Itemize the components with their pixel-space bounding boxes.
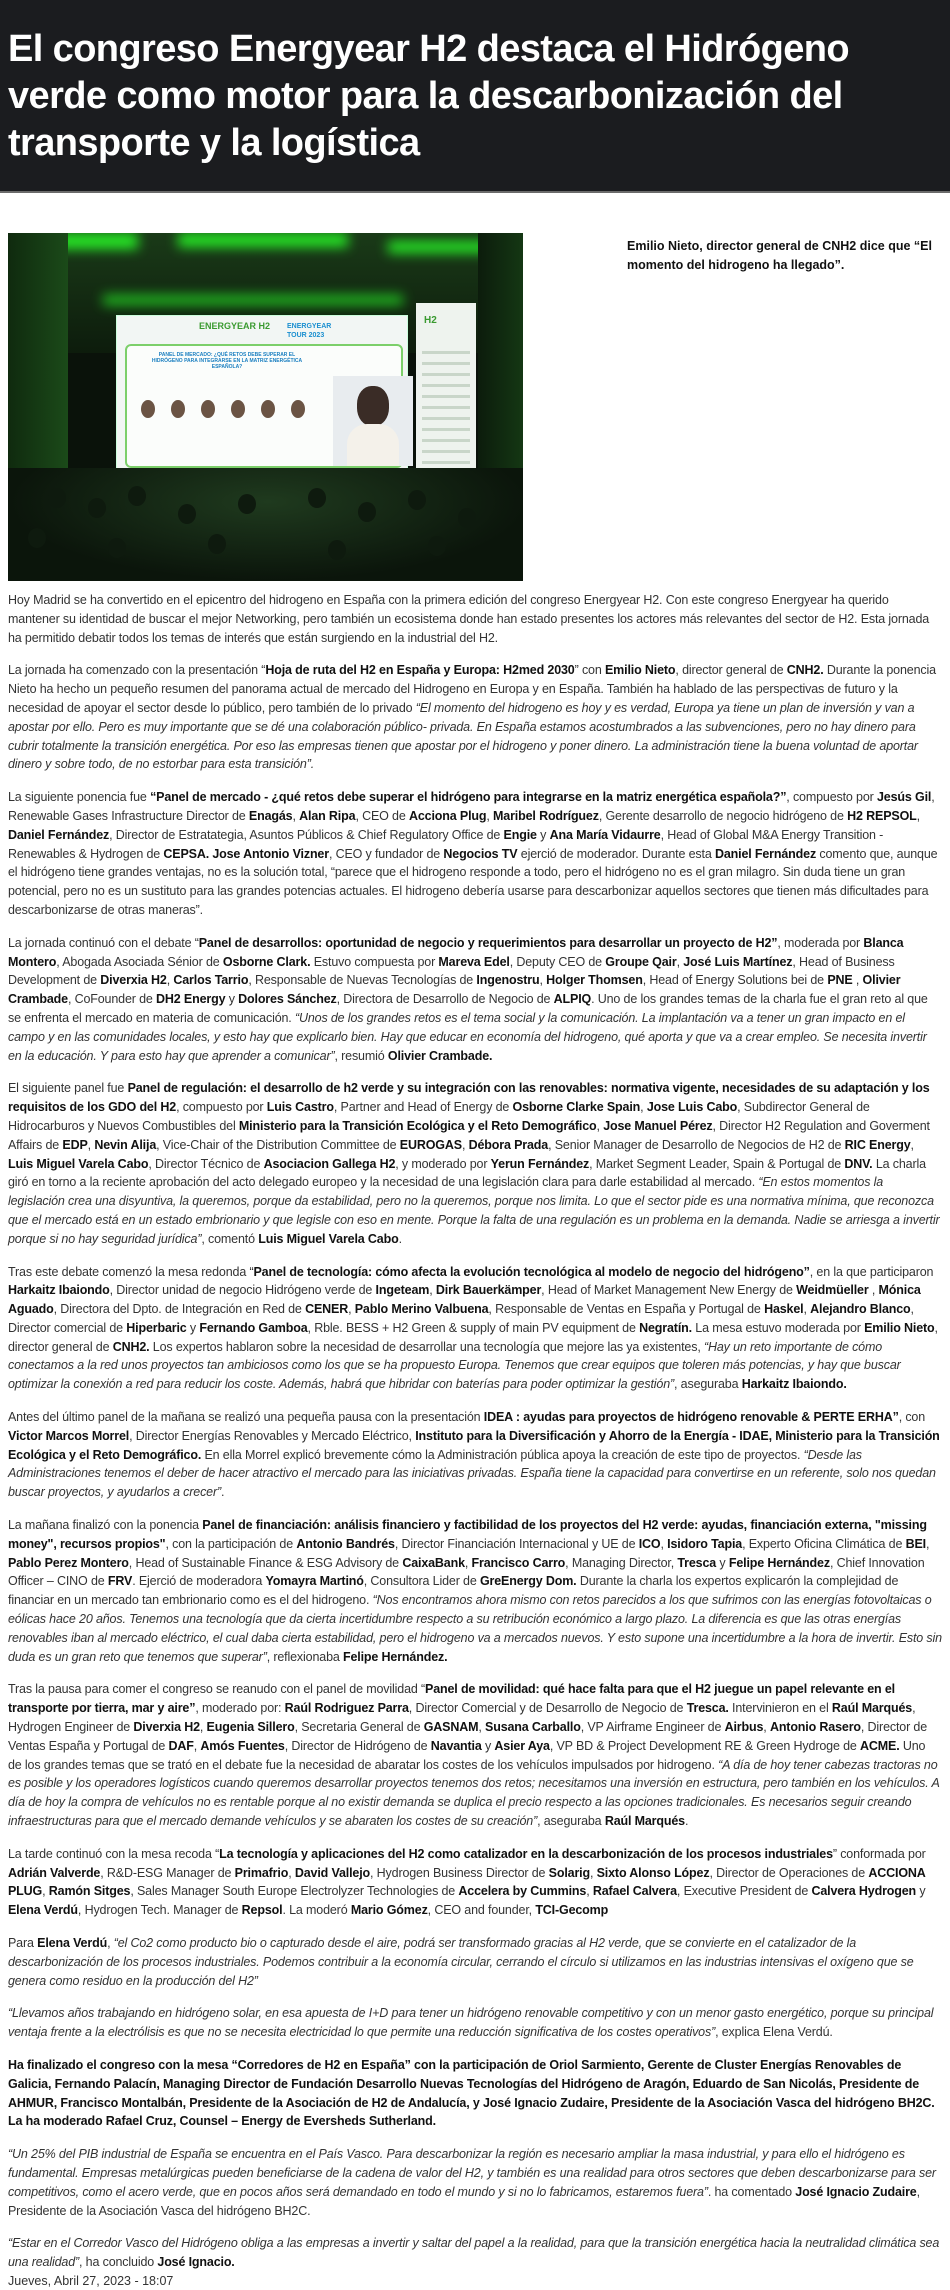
text-run: , Head of Market Management New Energy d… — [541, 1283, 796, 1297]
text-run: La siguiente ponencia fue — [8, 790, 150, 804]
text-run: , compuesto por — [176, 1100, 267, 1114]
text-run: , Director de Operaciones de — [709, 1866, 868, 1880]
bold-text: Haskel — [764, 1302, 803, 1316]
text-run: , — [640, 1100, 647, 1114]
bold-text: Emilio Nieto — [864, 1321, 934, 1335]
bold-text: Solarig — [549, 1866, 590, 1880]
text-run: , — [348, 1302, 355, 1316]
bold-text: José Ignacio Zudaire — [795, 2185, 916, 2199]
bold-text: CNH2. — [787, 663, 824, 677]
bold-text: Francisco Carro — [472, 1556, 566, 1570]
article-body: ENERGYEAR H2 ENERGYEAR TOUR 2023 PANEL D… — [0, 233, 950, 2290]
article-paragraph: “Estar en el Corredor Vasco del Hidrógen… — [8, 2234, 942, 2272]
article-header: El congreso Energyear H2 destaca el Hidr… — [0, 0, 950, 193]
bold-text: Susana Carballo — [485, 1720, 581, 1734]
text-run: , — [926, 1537, 929, 1551]
text-run: En ella Morrel explicó brevemente cómo l… — [201, 1448, 803, 1462]
text-run: , Director de Estratategia, Asuntos Públ… — [109, 828, 503, 842]
bold-text: IDEA : ayudas para proyectos de hidrógen… — [484, 1410, 899, 1424]
bold-text: ACME. — [860, 1739, 900, 1753]
text-run: y — [537, 828, 550, 842]
article-title: El congreso Energyear H2 destaca el Hidr… — [8, 26, 942, 167]
bold-text: Luis Castro — [267, 1100, 334, 1114]
speaker-face — [291, 400, 305, 418]
bold-text: CNH2. — [113, 1340, 150, 1354]
text-run: , Deputy CEO de — [510, 955, 606, 969]
text-run: Los expertos hablaron sobre la necesidad… — [149, 1340, 704, 1354]
text-run: , CEO y fundador de — [329, 847, 443, 861]
speaker-face — [261, 400, 275, 418]
bold-text: ALPIQ — [554, 992, 591, 1006]
text-run: y — [716, 1556, 729, 1570]
text-run: , Director Financiación Internacional y … — [395, 1537, 639, 1551]
bold-text: Pablo Merino Valbuena — [355, 1302, 489, 1316]
bold-text: Enagás — [249, 809, 293, 823]
article-paragraphs: Hoy Madrid se ha convertido en el epicen… — [8, 591, 942, 2272]
text-run: y — [225, 992, 238, 1006]
bold-text: Felipe Hernández. — [343, 1650, 447, 1664]
text-run: , — [917, 809, 920, 823]
bold-text: Hoja de ruta del H2 en España y Europa: … — [265, 663, 574, 677]
text-run: ” conformada por — [833, 1847, 926, 1861]
quote-text: “el Co2 como producto bio o capturado de… — [8, 1936, 914, 1988]
speaker-face — [201, 400, 215, 418]
bold-text: Nevin Alija — [94, 1138, 156, 1152]
article-paragraph: Hoy Madrid se ha convertido en el epicen… — [8, 591, 942, 647]
bold-text: Daniel Fernández — [715, 847, 816, 861]
text-run: ejerció de moderador. Durante esta — [517, 847, 715, 861]
bold-text: Weidmüeller — [796, 1283, 868, 1297]
text-run: , — [586, 1884, 593, 1898]
bold-text: Carlos Tarrio — [173, 973, 248, 987]
bold-text: Maribel Rodríguez — [493, 809, 599, 823]
bold-text: Raúl Marqués — [605, 1814, 685, 1828]
bold-text: Groupe Qair — [605, 955, 676, 969]
bold-text: Repsol — [242, 1903, 283, 1917]
text-run: , Director Técnico de — [148, 1157, 263, 1171]
bold-text: David Vallejo — [295, 1866, 370, 1880]
text-run: , Head of Sustainable Finance & ESG Advi… — [129, 1556, 403, 1570]
bold-text: EDP — [62, 1138, 87, 1152]
screen-logo-right: ENERGYEAR TOUR 2023 — [287, 322, 347, 340]
text-run: , resumió — [334, 1049, 387, 1063]
screen-panel: PANEL DE MERCADO: ¿QUÉ RETOS DEBE SUPERA… — [125, 344, 403, 468]
text-run: , Hydrogen Business Director de — [370, 1866, 549, 1880]
bold-text: Diverxia H2 — [100, 973, 166, 987]
bold-text: Ingeteam — [376, 1283, 430, 1297]
text-run: , — [462, 1138, 469, 1152]
text-run: Ha finalizado el congreso con la mesa “C… — [8, 2058, 935, 2128]
text-run: , R&D-ESG Manager de — [100, 1866, 234, 1880]
bold-text: Pablo Perez Montero — [8, 1556, 129, 1570]
publish-date: Jueves, Abril 27, 2023 - 18:07 — [8, 2272, 942, 2290]
article-paragraph: El siguiente panel fue Panel de regulaci… — [8, 1079, 942, 1248]
bold-text: DH2 Energy — [156, 992, 225, 1006]
bold-text: DAF — [169, 1739, 194, 1753]
text-run: . ha comentado — [708, 2185, 795, 2199]
bold-text: CEPSA. Jose Antonio Vizner — [163, 847, 329, 861]
text-run: . — [399, 1232, 402, 1246]
text-run: , Secretaria General de — [295, 1720, 424, 1734]
text-run: La jornada continuó con el debate “ — [8, 936, 199, 950]
bold-text: Osborne Clarke Spain — [513, 1100, 641, 1114]
bold-text: Negocios TV — [443, 847, 517, 861]
text-run: y — [916, 1884, 925, 1898]
text-run: , Sales Manager South Europe Electrolyze… — [130, 1884, 458, 1898]
text-run: Hoy Madrid se ha convertido en el epicen… — [8, 593, 929, 645]
bold-text: Jose Luis Cabo — [647, 1100, 737, 1114]
text-run: , Director unidad de negocio Hidrógeno v… — [110, 1283, 376, 1297]
text-run: , Director Energías Renovables y Mercado… — [129, 1429, 415, 1443]
photo-audience — [8, 468, 523, 581]
article-paragraph: La tarde continuó con la mesa recoda “La… — [8, 1845, 942, 1920]
speaker-face — [141, 400, 155, 418]
text-run: , con la participación de — [165, 1537, 296, 1551]
bold-text: Emilio Nieto — [605, 663, 675, 677]
photo-glow — [103, 295, 403, 305]
bold-text: Calvera Hydrogen — [811, 1884, 916, 1898]
bold-text: Alejandro Blanco — [810, 1302, 910, 1316]
photo-caption: Emilio Nieto, director general de CNH2 d… — [627, 237, 942, 581]
bold-text: Negratín. — [639, 1321, 692, 1335]
bold-text: Hiperbaric — [126, 1321, 186, 1335]
article-paragraph: Antes del último panel de la mañana se r… — [8, 1408, 942, 1502]
text-run: La tarde continuó con la mesa recoda “ — [8, 1847, 219, 1861]
text-run: , Director de Hidrógeno de — [285, 1739, 431, 1753]
bold-text: “Panel de mercado - ¿qué retos debe supe… — [150, 790, 786, 804]
bold-text: Débora Prada — [469, 1138, 548, 1152]
bold-text: Navantia — [431, 1739, 482, 1753]
text-run: , aseguraba — [537, 1814, 605, 1828]
figure-row: ENERGYEAR H2 ENERGYEAR TOUR 2023 PANEL D… — [8, 233, 942, 581]
text-run: , en la que participaron — [810, 1265, 934, 1279]
bold-text: CENER — [305, 1302, 348, 1316]
text-run: , — [763, 1720, 770, 1734]
text-run: , y moderado por — [395, 1157, 490, 1171]
text-run: . La moderó — [282, 1903, 350, 1917]
text-run: , CEO de — [355, 809, 409, 823]
bold-text: FRV — [108, 1574, 132, 1588]
text-run: , Hydrogen Tech. Manager de — [78, 1903, 242, 1917]
text-run: , Executive President de — [677, 1884, 812, 1898]
bold-text: La tecnología y aplicaciones del H2 como… — [219, 1847, 833, 1861]
article-paragraph: La siguiente ponencia fue “Panel de merc… — [8, 788, 942, 920]
text-run: La mañana finalizó con la ponencia — [8, 1518, 202, 1532]
bold-text: ICO — [639, 1537, 661, 1551]
text-run: El siguiente panel fue — [8, 1081, 128, 1095]
bold-text: Panel de desarrollos: oportunidad de neg… — [199, 936, 778, 950]
text-run: , Head of Energy Solutions bei de — [643, 973, 828, 987]
speaker-closeup — [333, 376, 413, 466]
text-run: , — [465, 1556, 472, 1570]
text-run: , compuesto por — [786, 790, 877, 804]
article-paragraph: Ha finalizado el congreso con la mesa “C… — [8, 2056, 942, 2131]
bold-text: Fernando Gamboa — [199, 1321, 307, 1335]
text-run: y — [187, 1321, 200, 1335]
text-run: . — [221, 1485, 224, 1499]
text-run: , con — [899, 1410, 925, 1424]
text-run: Tras este debate comenzó la mesa redonda… — [8, 1265, 253, 1279]
speaker-face — [171, 400, 185, 418]
article-paragraph: Tras la pausa para comer el congreso se … — [8, 1680, 942, 1830]
bold-text: Mario Gómez — [351, 1903, 428, 1917]
bold-text: Alan Ripa — [299, 809, 355, 823]
text-run: , Responsable de Ventas en España y Port… — [488, 1302, 764, 1316]
bold-text: Ingenostru — [476, 973, 539, 987]
text-run: , Experto Oficina Climática de — [742, 1537, 905, 1551]
text-run: , director general de — [675, 663, 786, 677]
text-run: La mesa estuvo moderada por — [692, 1321, 864, 1335]
bold-text: Engie — [504, 828, 537, 842]
bold-text: José Ignacio. — [157, 2255, 234, 2269]
bold-text: Harkaitz Ibaiondo — [8, 1283, 110, 1297]
bold-text: Osborne Clark. — [223, 955, 311, 969]
text-run: , aseguraba — [674, 1377, 742, 1391]
bold-text: Raúl Rodriguez Parra — [285, 1701, 409, 1715]
bold-text: José Luis Martínez — [683, 955, 792, 969]
text-run: , — [853, 973, 863, 987]
text-run: , Market Segment Leader, Spain & Portuga… — [589, 1157, 844, 1171]
bold-text: GASNAM — [424, 1720, 479, 1734]
bold-text: Rafael Calvera — [593, 1884, 677, 1898]
text-run: , VP Airframe Engineer de — [581, 1720, 725, 1734]
bold-text: Raúl Marqués — [832, 1701, 912, 1715]
text-run: , Directora del Dpto. de Integración en … — [54, 1302, 305, 1316]
text-run: y — [482, 1739, 495, 1753]
bold-text: Asier Aya — [494, 1739, 549, 1753]
bold-text: Victor Marcos Morrel — [8, 1429, 129, 1443]
text-run: , Responsable de Nuevas Tecnologías de — [248, 973, 476, 987]
article-paragraph: La jornada ha comenzado con la presentac… — [8, 661, 942, 774]
text-run: , Abogada Asociada Sénior de — [56, 955, 223, 969]
text-run: , — [429, 1283, 436, 1297]
article-paragraph: “Un 25% del PIB industrial de España se … — [8, 2145, 942, 2220]
bold-text: Dolores Sánchez — [238, 992, 336, 1006]
text-run: , CoFounder de — [68, 992, 156, 1006]
bold-text: PNE — [827, 973, 852, 987]
text-run: Tras la pausa para comer el congreso se … — [8, 1682, 425, 1696]
bold-text: Dirk Bauerkämper — [436, 1283, 541, 1297]
text-run: , — [869, 1283, 879, 1297]
text-run: , Senior Manager de Desarrollo de Negoci… — [548, 1138, 845, 1152]
article-paragraph: La jornada continuó con el debate “Panel… — [8, 934, 942, 1066]
text-run: Estuvo compuesta por — [310, 955, 438, 969]
bold-text: EUROGAS — [400, 1138, 462, 1152]
text-run: , Vice-Chair of the Distribution Committ… — [156, 1138, 400, 1152]
text-run: , reflexionaba — [267, 1650, 343, 1664]
bold-text: GreEnergy Dom. — [480, 1574, 577, 1588]
bold-text: Yomayra Martinó — [266, 1574, 364, 1588]
text-run: , CEO and founder, — [428, 1903, 536, 1917]
text-run: , — [288, 1866, 295, 1880]
text-run: Intervinieron en el — [729, 1701, 832, 1715]
text-run: Para — [8, 1936, 37, 1950]
text-run: , comentó — [201, 1232, 258, 1246]
bold-text: Amós Fuentes — [200, 1739, 284, 1753]
bold-text: BEI — [906, 1537, 926, 1551]
bold-text: Daniel Fernández — [8, 828, 109, 842]
bold-text: Mareva Edel — [438, 955, 509, 969]
bold-text: Acciona Plug — [409, 809, 486, 823]
photo-stage-screen: ENERGYEAR H2 ENERGYEAR TOUR 2023 PANEL D… — [116, 315, 408, 485]
screen-logo-left: ENERGYEAR H2 — [199, 322, 270, 331]
bold-text: H2 REPSOL — [847, 809, 917, 823]
bold-text: Elena Verdú — [8, 1903, 78, 1917]
speaker-face — [231, 400, 245, 418]
text-run: . Ejerció de moderadora — [132, 1574, 265, 1588]
text-run: La jornada ha comenzado con la presentac… — [8, 663, 265, 677]
text-run: , — [107, 1936, 114, 1950]
bold-text: Diverxia H2 — [133, 1720, 199, 1734]
bold-text: Holger Thomsen — [546, 973, 643, 987]
bold-text: Luis Miguel Varela Cabo — [8, 1157, 148, 1171]
bold-text: Ministerio para la Transición Ecológica … — [239, 1119, 597, 1133]
text-run: , Managing Director, — [565, 1556, 677, 1570]
text-run: , Gerente desarrollo de negocio hidrógen… — [599, 809, 847, 823]
bold-text: CaixaBank — [402, 1556, 465, 1570]
text-run: ” con — [575, 663, 605, 677]
bold-text: Panel de tecnología: cómo afecta la evol… — [253, 1265, 809, 1279]
screen-panel-title: PANEL DE MERCADO: ¿QUÉ RETOS DEBE SUPERA… — [147, 352, 307, 370]
bold-text: Felipe Hernández — [729, 1556, 830, 1570]
bold-text: Tresca. — [687, 1701, 729, 1715]
text-run: , explica Elena Verdú. — [715, 2025, 833, 2039]
bold-text: Antonio Rasero — [770, 1720, 861, 1734]
text-run: , Rble. BESS + H2 Green & supply of main… — [308, 1321, 640, 1335]
article-photo: ENERGYEAR H2 ENERGYEAR TOUR 2023 PANEL D… — [8, 233, 523, 581]
article-paragraph: Tras este debate comenzó la mesa redonda… — [8, 1263, 942, 1395]
bold-text: Sixto Alonso López — [597, 1866, 710, 1880]
bold-text: Asociacion Gallega H2 — [264, 1157, 396, 1171]
bold-text: Tresca — [677, 1556, 716, 1570]
text-run: , moderada por — [777, 936, 863, 950]
bold-text: Airbus — [725, 1720, 764, 1734]
text-run: . — [685, 1814, 688, 1828]
bold-text: Antonio Bandrés — [296, 1537, 394, 1551]
bold-text: Elena Verdú — [37, 1936, 107, 1950]
text-run: , — [911, 1138, 914, 1152]
bold-text: Jesús Gil — [877, 790, 931, 804]
bold-text: Ana María Vidaurre — [550, 828, 661, 842]
text-run: , Consultora Lider de — [364, 1574, 480, 1588]
article-paragraph: “Llevamos años trabajando en hidrógeno s… — [8, 2004, 942, 2042]
text-run: , — [200, 1720, 207, 1734]
bold-text: Ramón Sitges — [49, 1884, 131, 1898]
text-run: , ha concluido — [79, 2255, 157, 2269]
bold-text: DNV. — [844, 1157, 872, 1171]
bold-text: Harkaitz Ibaiondo. — [742, 1377, 847, 1391]
bold-text: Primafrio — [235, 1866, 289, 1880]
text-run: , — [590, 1866, 597, 1880]
text-run: , Director Comercial y de Desarrollo de … — [409, 1701, 687, 1715]
bold-text: Eugenia Sillero — [207, 1720, 295, 1734]
article-paragraph: La mañana finalizó con la ponencia Panel… — [8, 1516, 942, 1666]
text-run: , Directora de Desarrollo de Negocio de — [337, 992, 554, 1006]
bold-text: RIC Energy — [845, 1138, 911, 1152]
text-run: Antes del último panel de la mañana se r… — [8, 1410, 484, 1424]
text-run: , VP BD & Project Development RE & Green… — [550, 1739, 860, 1753]
text-run: , moderado por: — [195, 1701, 284, 1715]
bold-text: Yerun Fernández — [491, 1157, 589, 1171]
text-run: , Partner and Head of Energy de — [334, 1100, 513, 1114]
text-run: , — [42, 1884, 49, 1898]
bold-text: Jose Manuel Pérez — [603, 1119, 712, 1133]
article-paragraph: Para Elena Verdú, “el Co2 como producto … — [8, 1934, 942, 1990]
bold-text: Luis Miguel Varela Cabo — [258, 1232, 398, 1246]
bold-text: Olivier Crambade. — [388, 1049, 492, 1063]
photo-glow — [178, 233, 348, 247]
bold-text: Accelera by Cummins — [458, 1884, 586, 1898]
bold-text: Isidoro Tapia — [667, 1537, 742, 1551]
bold-text: TCI-Gecomp — [535, 1903, 608, 1917]
bold-text: Adrián Valverde — [8, 1866, 100, 1880]
